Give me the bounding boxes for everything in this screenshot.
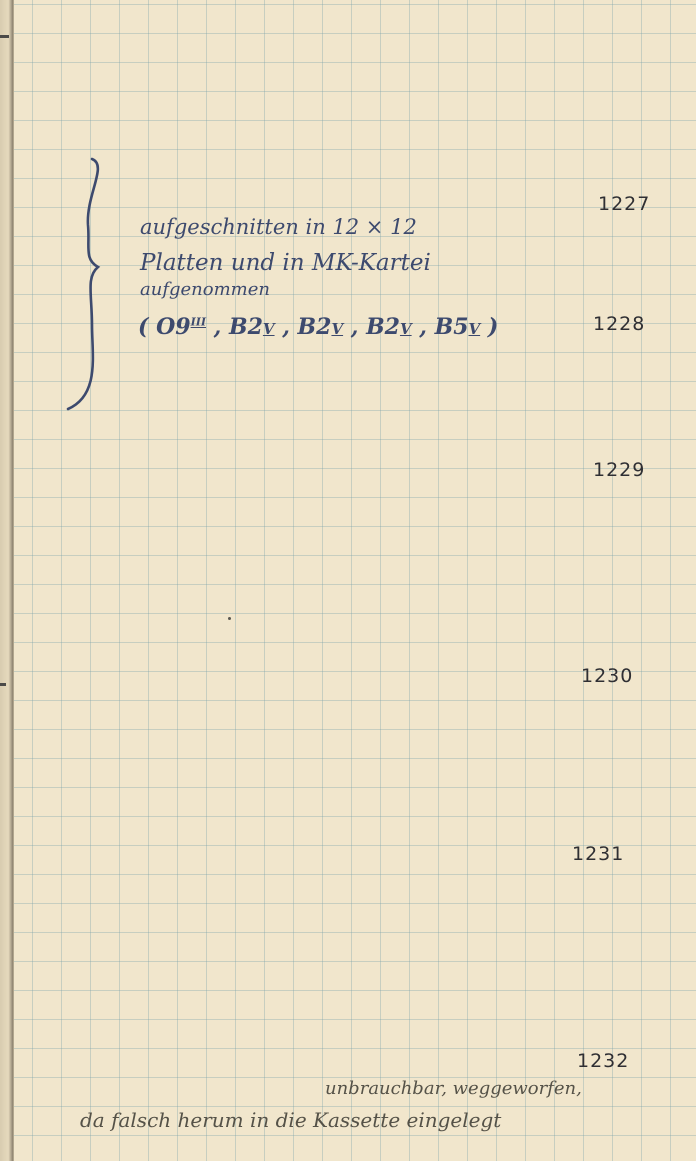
reference-item: B2V — [229, 314, 275, 340]
page-number: 1227 — [598, 193, 650, 215]
note-line-1: aufgeschnitten in 12 × 12 — [140, 215, 417, 239]
page-number: 1232 — [577, 1050, 629, 1072]
reference-item: B5V — [435, 314, 481, 340]
curly-brace-icon — [62, 155, 112, 417]
page-number: 1229 — [593, 459, 645, 481]
page-spine — [0, 0, 14, 1161]
ink-dot — [228, 617, 231, 620]
page-number: 1228 — [593, 313, 645, 335]
spine-mark — [0, 35, 9, 38]
spine-mark — [0, 683, 6, 686]
notebook-page: aufgeschnitten in 12 × 12 Platten und in… — [0, 0, 696, 1161]
note-line-2: Platten und in MK-Kartei — [140, 250, 431, 276]
page-number: 1231 — [572, 843, 624, 865]
reference-item: O9III — [156, 314, 206, 340]
reference-item: B2V — [366, 314, 412, 340]
bottom-note-insertion: unbrauchbar, weggeworfen, — [325, 1078, 582, 1099]
reference-list: ( O9III , B2V , B2V , B2V , B5V ) — [138, 314, 498, 340]
page-number: 1230 — [581, 665, 633, 687]
bottom-note-line: da falsch herum in die Kassette eingeleg… — [80, 1108, 501, 1132]
note-line-3: aufgenommen — [140, 279, 270, 300]
reference-item: B2V — [298, 314, 344, 340]
